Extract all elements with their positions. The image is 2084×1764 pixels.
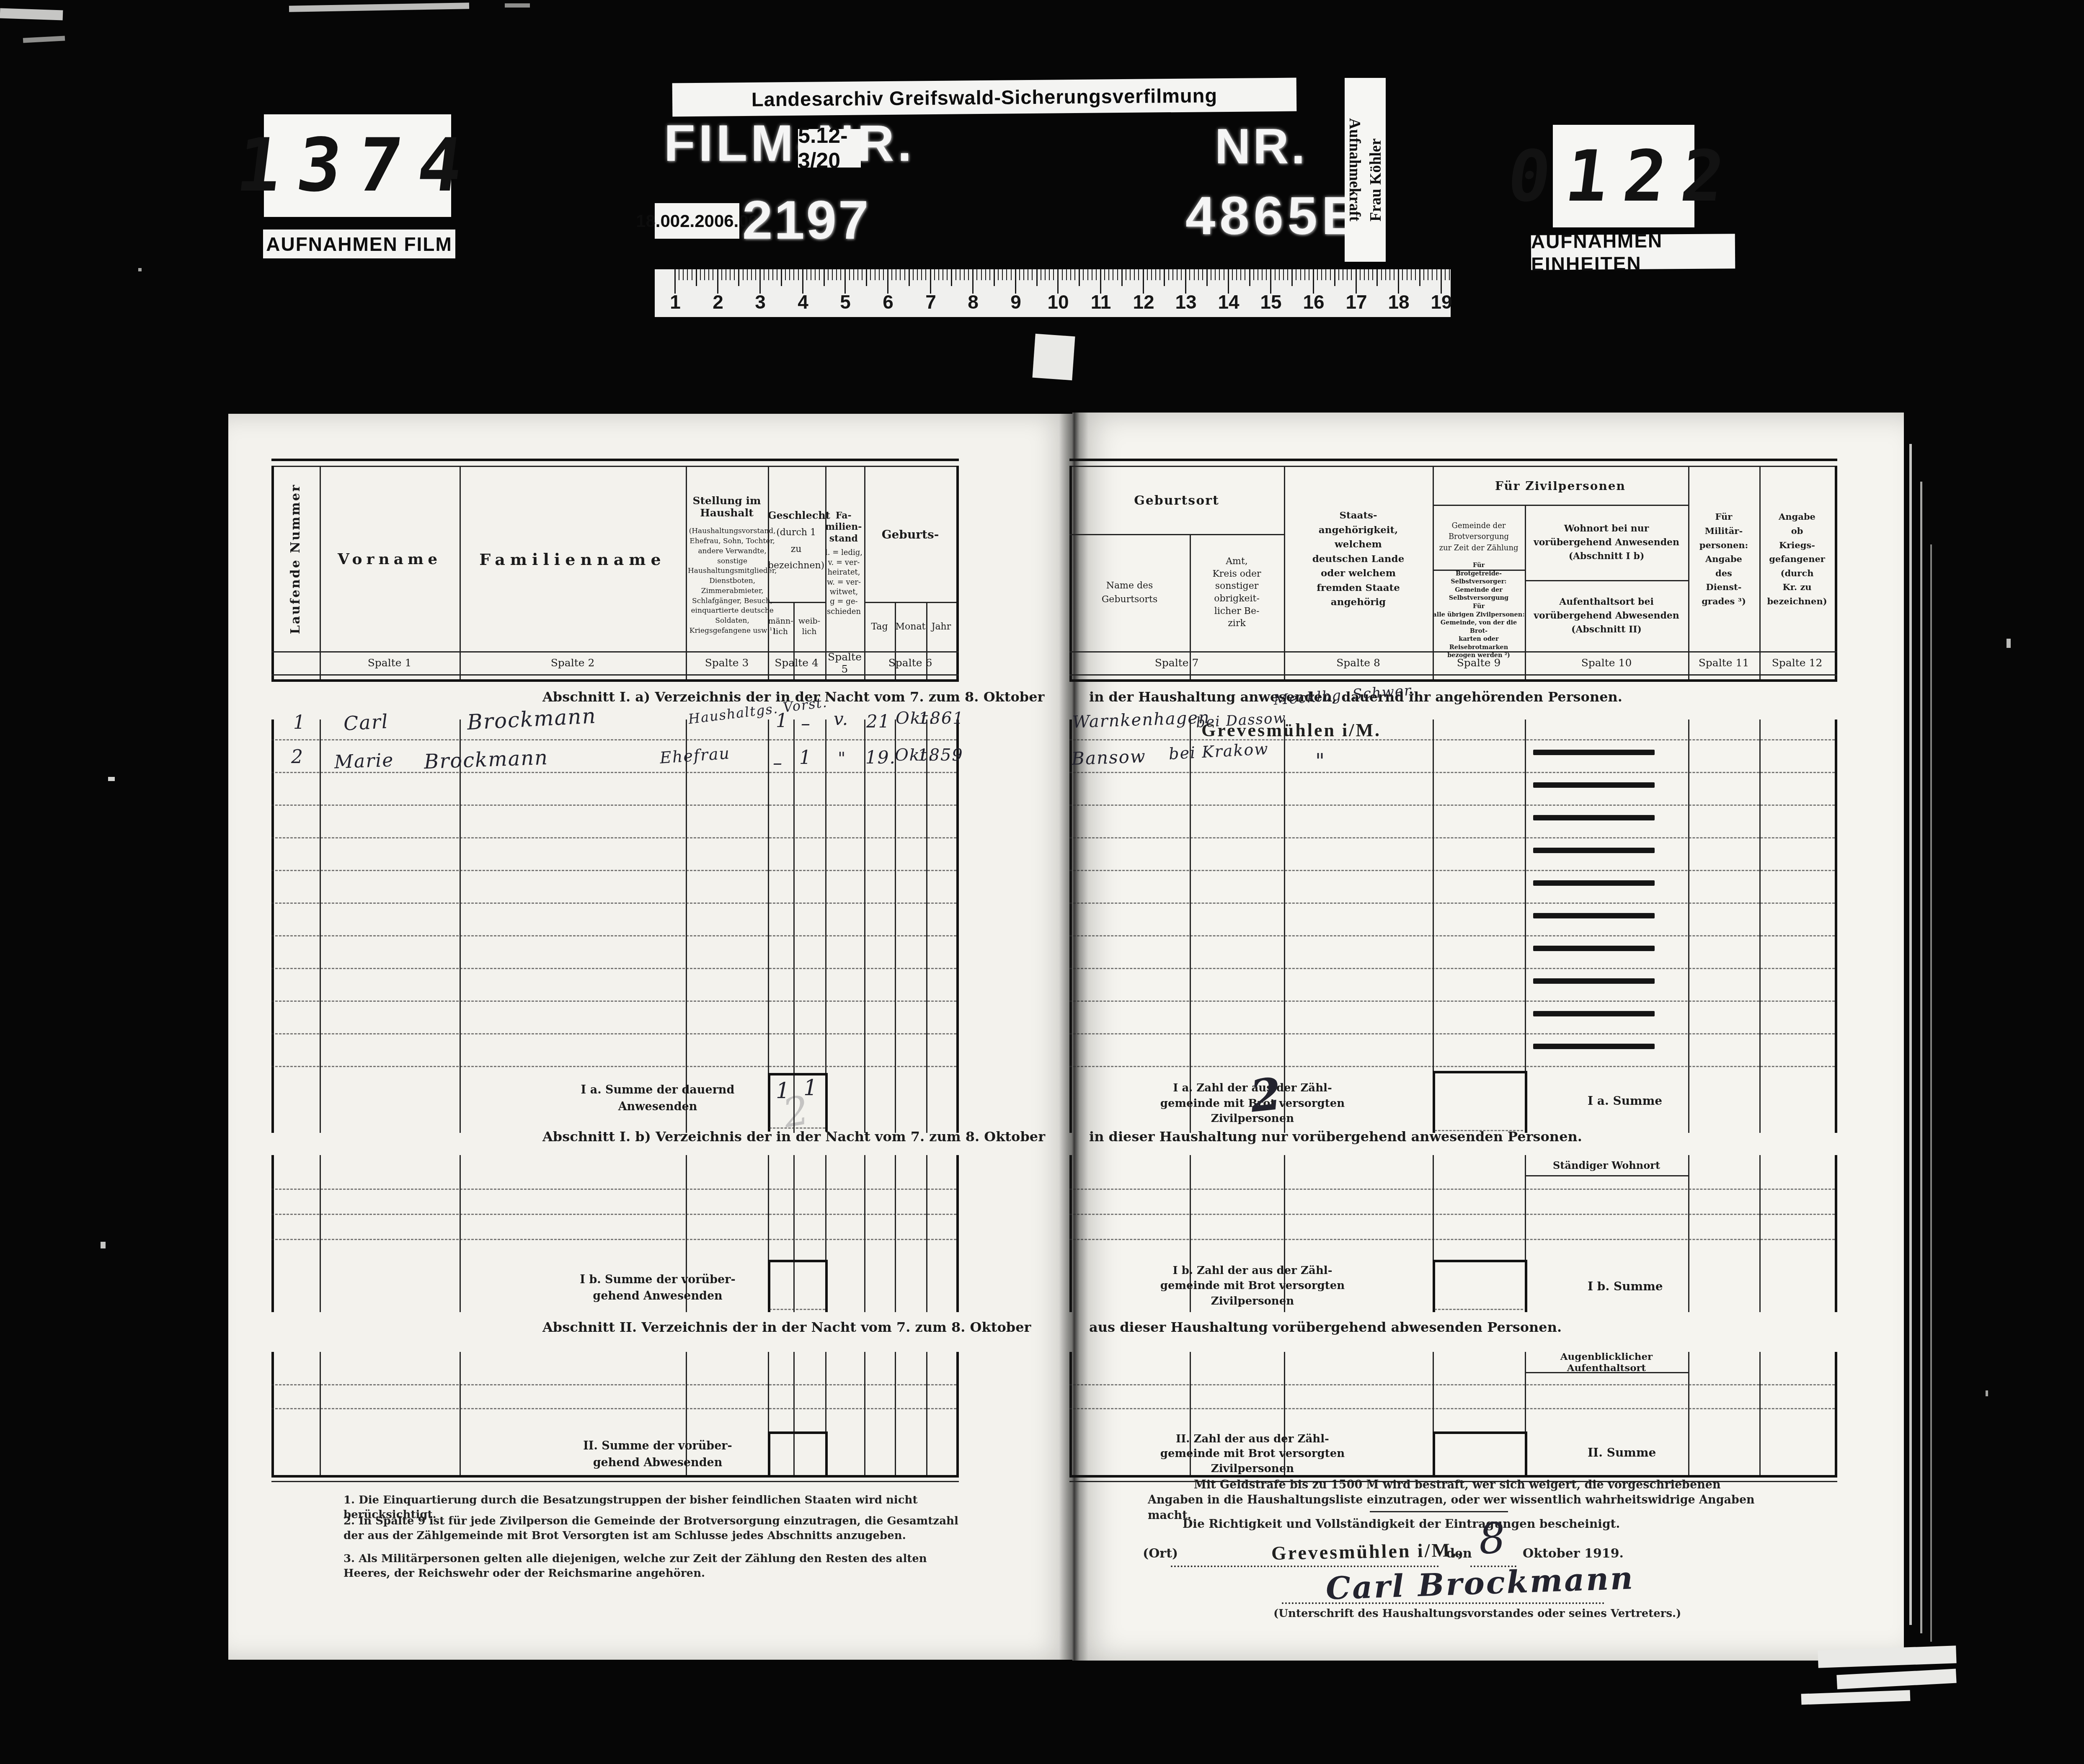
units-counter-display: 0122 <box>1553 125 1694 227</box>
column-header-familienstand: Fa- milien- stand l. = ledig, v. = ver- … <box>825 475 864 651</box>
footnote-3: 3. Als Militärpersonen gelten alle dieje… <box>343 1552 959 1581</box>
ib-zahl-label: I b. Zahl der aus der Zähl- gemeinde mit… <box>1148 1264 1357 1308</box>
spalte-label: Spalte 4 <box>768 651 825 674</box>
column-header-jahr: Jahr <box>926 602 956 651</box>
penalty-text: Mit Geldstrafe bis zu 1500 M wird bestra… <box>1148 1478 1755 1523</box>
units-caption-text: AUFNAHMEN EINHEITEN <box>1531 229 1735 275</box>
section-ib-heading-right: in dieser Haushaltung nur vorübergehend … <box>1089 1129 1582 1145</box>
section-ii-heading-left: Abschnitt II. Verzeichnis der in der Nac… <box>542 1319 1031 1335</box>
spalte-label: Spalte 11 <box>1688 651 1759 674</box>
ruler-number: 6 <box>875 291 901 313</box>
column-header-geburts: Geburts- <box>864 467 956 602</box>
ruler-number: 1 <box>663 291 688 313</box>
column-header-wohnort: Wohnort bei nur vorübergehend Anwesenden… <box>1525 505 1688 580</box>
ruler-number: 17 <box>1344 291 1369 313</box>
ort-label: (Ort) <box>1143 1546 1178 1561</box>
ruler-number: 2 <box>705 291 731 313</box>
film-counter-caption-text: AUFNAHMEN FILM <box>266 233 452 255</box>
film-nr-code-text: 5.12-3/20 <box>798 123 861 173</box>
film-scratch <box>23 36 65 43</box>
geschlecht-title: Geschlecht <box>768 506 830 524</box>
film-speck <box>505 3 530 8</box>
ruler-number: 10 <box>1046 291 1071 313</box>
ii-aufenthaltsort-label: Augenblicklicher Aufenthaltsort <box>1525 1353 1688 1372</box>
spalte-label: Spalte 12 <box>1759 651 1835 674</box>
section-ib-heading-left: Abschnitt I. b) Verzeichnis der in der N… <box>542 1129 1045 1145</box>
film-counter-display: 1374 <box>264 114 451 217</box>
ia-zahl-value: 2 <box>1248 1067 1285 1122</box>
film-speck <box>1986 1390 1988 1396</box>
column-header-aufenthaltsort: Aufenthaltsort bei vorübergehend Abwesen… <box>1525 580 1688 651</box>
page-stack-edge <box>1930 544 1932 1642</box>
row2-familienstand: " <box>838 749 846 768</box>
spalte-label: Spalte 3 <box>686 651 768 674</box>
column-header-geburtsort: Geburtsort <box>1069 467 1284 534</box>
film-number: 2197 <box>742 188 870 251</box>
ib-summe-right-label: I b. Summe <box>1588 1279 1663 1293</box>
ruler-number: 12 <box>1131 291 1156 313</box>
barcode-number-text: 18.002.2006.00 <box>636 211 758 231</box>
column-header-geburtsort-amt: Amt, Kreis oder sonstiger obrigkeit- lic… <box>1190 534 1284 651</box>
column-header-kriegsgefangener: Angabe ob Kriegs- gefangener (durch Kr. … <box>1759 467 1835 651</box>
nr-value: 4865E <box>1185 185 1361 247</box>
ii-zahl-label: II. Zahl der aus der Zähl- gemeinde mit … <box>1148 1433 1357 1475</box>
spalte-label: Spalte 8 <box>1284 651 1433 674</box>
film-counter-caption: AUFNAHMEN FILM <box>263 230 455 258</box>
column-header-laufende-nummer: Laufende Nummer <box>271 467 320 651</box>
barcode-number-tag: 18.002.2006.00 <box>655 203 739 239</box>
nr-label: NR. <box>1215 118 1307 175</box>
signature-caption: (Unterschrift des Haushaltungsvorstandes… <box>1273 1607 1681 1620</box>
spalte-label: Spalte 7 <box>1069 651 1284 674</box>
spalte-label: Spalte 5 <box>825 651 864 674</box>
film-speck <box>2007 639 2011 648</box>
column-header-militaer: Für Militär- personen: Angabe des Dienst… <box>1688 467 1759 651</box>
familienstand-sub: l. = ledig, v. = ver- heiratet, w. = ver… <box>825 548 863 616</box>
den-label: den <box>1446 1546 1472 1561</box>
archive-strip-text: Landesarchiv Greifswald-Sicherungsverfil… <box>751 84 1218 111</box>
row1-geburtsjahr: 1861 <box>918 709 964 728</box>
ruler-number: 4 <box>790 291 816 313</box>
geschlecht-sub: (durch 1 zu bezeichnen) <box>768 524 824 574</box>
column-header-zivilpersonen: Für Zivilpersonen <box>1433 468 1688 504</box>
ia-summe-label: I a. Summe der dauernd Anwesenden <box>557 1078 758 1118</box>
column-header-stellung: Stellung im Haushalt (Haushaltungsvorsta… <box>688 482 766 649</box>
page-stack-corner <box>1836 1669 1956 1689</box>
row1-geburtstag: 21 <box>866 711 890 732</box>
row1-nr: 1 <box>293 712 306 733</box>
row1-maennlich: 1 <box>776 710 788 732</box>
spalte-label: Spalte 9 <box>1433 651 1525 674</box>
column-header-geburtsort-name: Name des Geburtsorts <box>1069 534 1190 651</box>
column-header-maennlich: männ- lich <box>768 602 793 651</box>
column-header-tag: Tag <box>864 602 895 651</box>
column-header-brotversorgung-sub: Für Brotgetreide-Selbstversorger: Gemein… <box>1433 570 1525 651</box>
ruler-number: 19 <box>1429 291 1454 313</box>
row1-weiblich: – <box>801 713 811 734</box>
film-nr-code-tag: 5.12-3/20 <box>798 129 861 168</box>
ruler-number: 8 <box>961 291 986 313</box>
footnote-2: 2. In Spalte 9 ist für jede Zivilperson … <box>343 1514 959 1543</box>
column-header-weiblich: weib- lich <box>793 602 825 651</box>
spalte-label: Spalte 6 <box>864 651 956 674</box>
row2-geburtsjahr: 1859 <box>917 745 963 765</box>
row2-nr: 2 <box>291 746 304 768</box>
ib-staendiger-wohnort-label: Ständiger Wohnort <box>1525 1156 1688 1175</box>
row2-vorname: Marie <box>334 750 394 773</box>
ii-summe-label: II. Summe der vorüber- gehend Abwesenden <box>557 1436 758 1472</box>
film-nr-label: FILM-NR. <box>664 114 915 173</box>
row1-vorname: Carl <box>343 710 389 735</box>
row2-geburtsort: Bansow <box>1071 746 1146 769</box>
film-scratch <box>0 8 63 20</box>
handwritten-day: 8 <box>1477 1513 1508 1564</box>
operator-name-line2: Frau Köhler <box>1367 118 1385 222</box>
paper-edge-peek <box>1032 334 1075 380</box>
units-counter-value: 0122 <box>1503 135 1744 217</box>
ib-summe-label: I b. Summe der vorüber- gehend Anwesende… <box>557 1269 758 1307</box>
column-header-brotversorgung-title: Gemeinde der Brotversorgung zur Zeit der… <box>1433 505 1525 570</box>
film-speck <box>138 268 142 271</box>
film-speck <box>101 1242 106 1248</box>
spalte-label: Spalte 10 <box>1525 651 1688 674</box>
ruler-number: 11 <box>1088 291 1113 313</box>
row2-geburtstag: 19. <box>865 747 896 768</box>
laufende-nummer-text: Laufende Nummer <box>288 484 303 634</box>
date-rest: Oktober 1919. <box>1523 1546 1624 1561</box>
ii-summe-right-label: II. Summe <box>1588 1446 1656 1460</box>
ruler-number: 13 <box>1173 291 1198 313</box>
film-scratch <box>289 3 469 12</box>
familienstand-title: Fa- milien- stand <box>825 510 862 545</box>
stellung-title: Stellung im Haushalt <box>688 495 766 519</box>
units-caption: AUFNAHMEN EINHEITEN <box>1531 234 1735 270</box>
page-stack-edge <box>1909 444 1912 1625</box>
ruler-number: 18 <box>1386 291 1411 313</box>
row2-maennlich: – <box>773 752 783 774</box>
ruler-number: 5 <box>833 291 858 313</box>
film-speck <box>108 777 115 781</box>
certify-text: Die Richtigkeit und Vollständigkeit der … <box>1183 1517 1620 1531</box>
spalte-label: Spalte 2 <box>460 651 686 674</box>
row2-familienname: Brockmann <box>424 746 549 774</box>
ruler-number: 7 <box>918 291 943 313</box>
row2-weiblich: 1 <box>799 747 812 769</box>
ruler-number: 16 <box>1301 291 1326 313</box>
row1-brotversorgung-stamp: Grevesmühlen i/M. <box>1201 720 1381 741</box>
ruler-number: 9 <box>1003 291 1028 313</box>
column-header-familienname: Familienname <box>460 467 686 651</box>
column-header-monat: Monat <box>895 602 926 651</box>
ruler-number: 3 <box>748 291 773 313</box>
column-header-staat: Staats- angehörigkeit, welchem deutschen… <box>1284 467 1433 651</box>
ort-stamp: Grevesmühlen i/M., <box>1271 1539 1465 1564</box>
column-header-vorname: Vorname <box>320 467 460 651</box>
page-stack-corner <box>1801 1690 1911 1705</box>
film-counter-value: 1374 <box>232 123 483 208</box>
ruler-number: 14 <box>1216 291 1241 313</box>
operator-name-line1: Aufnahmekraft <box>1345 118 1364 222</box>
page-stack-edge <box>1920 482 1922 1633</box>
column-header-geschlecht: Geschlecht (durch 1 zu bezeichnen) <box>768 482 825 599</box>
section-ii-heading-right: aus dieser Haushaltung vorübergehend abw… <box>1089 1319 1562 1335</box>
ia-summe-right-label: I a. Summe <box>1588 1094 1662 1108</box>
microfilm-scan: 1374 AUFNAHMEN FILM Landesarchiv Greifsw… <box>0 0 2084 1764</box>
spalte-label: Spalte 1 <box>320 651 460 674</box>
stellung-sub: (Haushaltungsvorstand, Ehefrau, Sohn, To… <box>688 526 777 636</box>
row1-familienstand: v. <box>834 709 849 729</box>
archive-strip: Landesarchiv Greifswald-Sicherungsverfil… <box>672 78 1297 117</box>
ruler-number: 15 <box>1258 291 1283 313</box>
row2-brotversorgung-ditto: " <box>1315 750 1325 773</box>
operator-strip: Aufnahmekraft Frau Köhler <box>1345 78 1386 262</box>
